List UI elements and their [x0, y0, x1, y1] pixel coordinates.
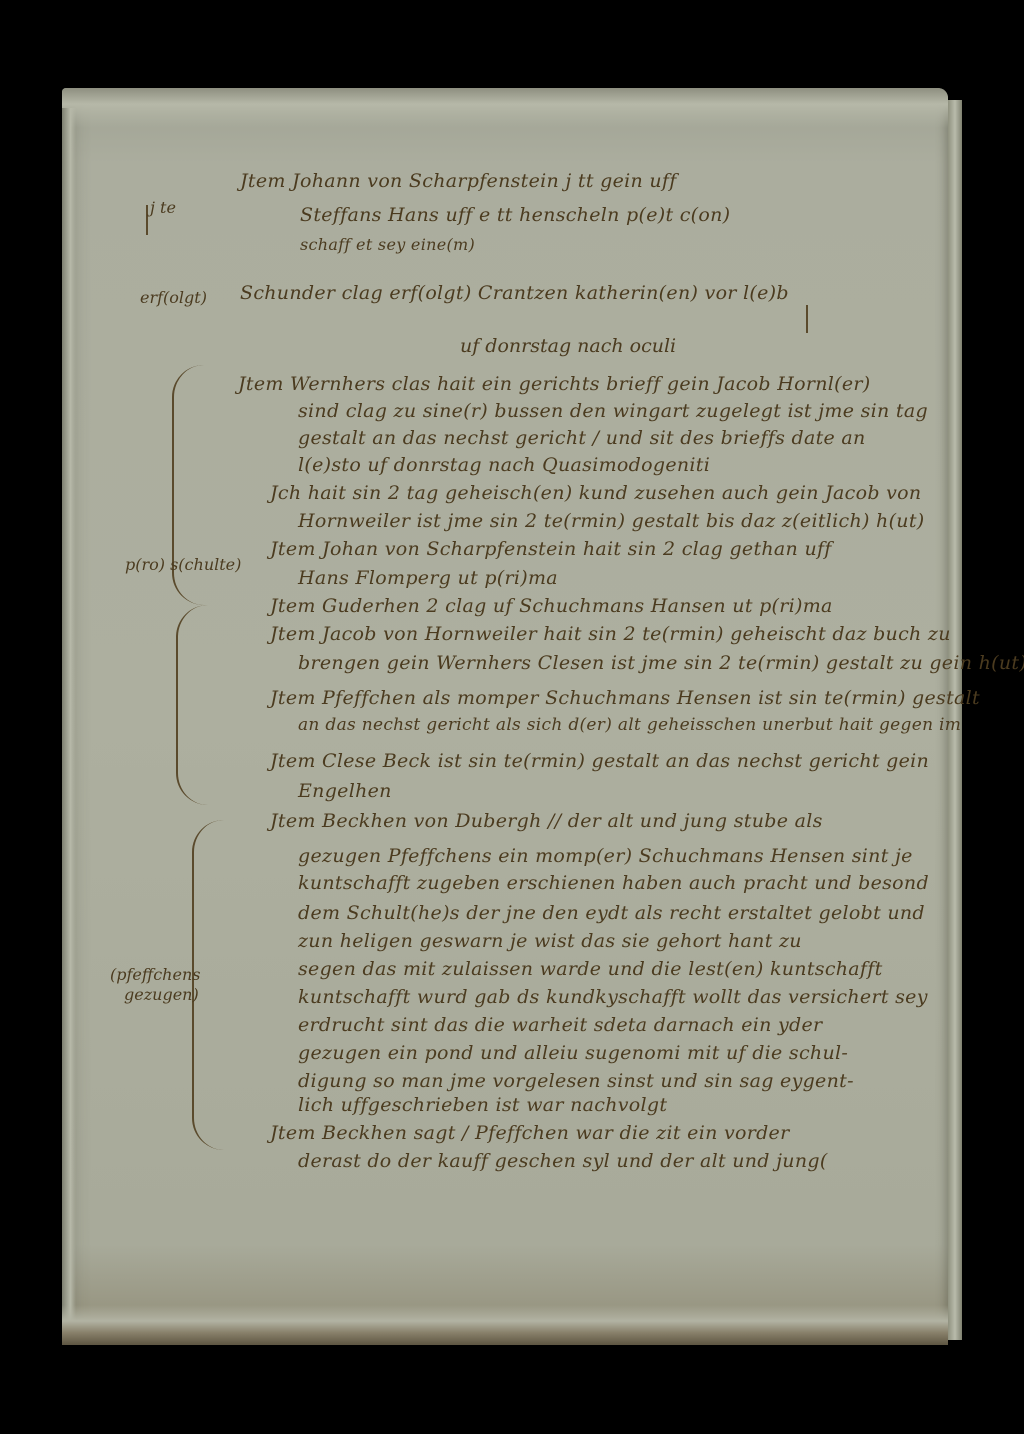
text-line: segen das mit zulaissen warde und die le… — [298, 958, 883, 980]
margin-note: p(ro) s(chulte) — [125, 555, 241, 574]
text-line: Jtem Clese Beck ist sin te(rmin) gestalt… — [270, 750, 929, 772]
text-line: sind clag zu sine(r) bussen den wingart … — [298, 400, 928, 422]
text-line: l(e)sto uf donrstag nach Quasimodogeniti — [298, 454, 710, 476]
text-line: Jtem Guderhen 2 clag uf Schuchmans Hanse… — [270, 595, 833, 617]
margin-note: j te — [150, 198, 176, 217]
text-line: kuntschafft zugeben erschienen haben auc… — [298, 872, 929, 894]
text-line: Steffans Hans uff e tt henscheln p(e)t c… — [300, 204, 730, 226]
text-line: gestalt an das nechst gericht / und sit … — [298, 427, 866, 449]
text-line: erdrucht sint das die warheit sdeta darn… — [298, 1014, 822, 1036]
text-line: Jtem Johan von Scharpfenstein hait sin 2… — [270, 538, 832, 560]
text-line: Jch hait sin 2 tag geheisch(en) kund zus… — [270, 482, 921, 504]
text-line: Jtem Wernhers clas hait ein gerichts bri… — [238, 373, 870, 395]
text-line: Schunder clag erf(olgt) Crantzen katheri… — [240, 282, 789, 304]
margin-note: (pfeffchens — [110, 965, 200, 984]
text-line: Jtem Beckhen von Dubergh // der alt und … — [270, 810, 823, 832]
text-line: an das nechst gericht als sich d(er) alt… — [298, 715, 961, 735]
text-line: lich uffgeschrieben ist war nachvolgt — [298, 1094, 667, 1116]
margin-note: gezugen) — [124, 985, 199, 1004]
margin-brace-2 — [176, 605, 208, 805]
page-left-fold — [62, 108, 76, 1328]
text-line: zun heligen geswarn je wist das sie geho… — [298, 930, 802, 952]
text-line: gezugen Pfeffchens ein momp(er) Schuchma… — [298, 845, 913, 867]
margin-note: erf(olgt) — [140, 288, 207, 307]
date-heading: uf donrstag nach oculi — [460, 335, 676, 357]
text-line: Hornweiler ist jme sin 2 te(rmin) gestal… — [298, 510, 924, 532]
text-line: gezugen ein pond und alleiu sugenomi mit… — [298, 1042, 848, 1064]
text-line: Jtem Jacob von Hornweiler hait sin 2 te(… — [270, 623, 951, 645]
margin-stroke — [146, 205, 148, 235]
text-line: Jtem Johann von Scharpfenstein j tt gein… — [240, 170, 677, 192]
text-line: Hans Flomperg ut p(ri)ma — [298, 567, 558, 589]
text-line: schaff et sey eine(m) — [300, 235, 475, 254]
page-top-edge — [62, 88, 948, 128]
pen-stroke — [806, 305, 808, 333]
text-line: Jtem Pfeffchen als momper Schuchmans Hen… — [270, 687, 980, 709]
text-line: Jtem Beckhen sagt / Pfeffchen war die zi… — [270, 1122, 790, 1144]
page-bottom-edge — [62, 1305, 948, 1345]
text-line: Engelhen — [298, 780, 392, 802]
text-line: derast do der kauff geschen syl und der … — [298, 1150, 828, 1172]
text-line: digung so man jme vorgelesen sinst und s… — [298, 1070, 854, 1092]
text-line: brengen gein Wernhers Clesen ist jme sin… — [298, 652, 1024, 674]
text-line: dem Schult(he)s der jne den eydt als rec… — [298, 902, 925, 924]
text-line: kuntschafft wurd gab ds kundkyschafft wo… — [298, 986, 928, 1008]
